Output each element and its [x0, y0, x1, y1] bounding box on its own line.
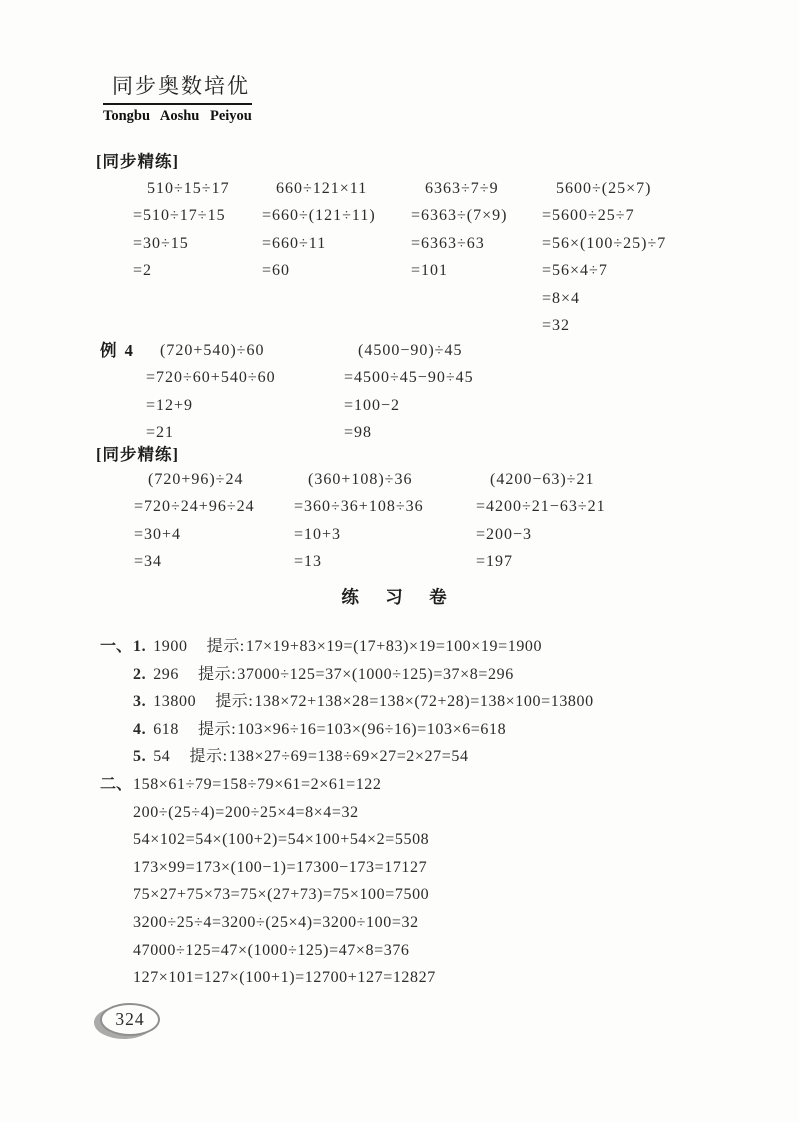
section2-solutions: (720+96)÷24 =720÷24+96÷24 =30+4 =34 (360… — [134, 466, 606, 576]
equation-line: 173×99=173×(100−1)=17300−173=17127 — [133, 859, 427, 876]
book-header: 同步奥数培优 Tongbu Aoshu Peiyou — [103, 70, 252, 125]
math-line: =56×4÷7 — [542, 257, 666, 284]
math-line: (360+108)÷36 — [294, 466, 476, 493]
math-line: =34 — [134, 548, 294, 575]
item-number: 3. — [133, 693, 146, 710]
answer-item: 4.618提示:103×96÷16=103×(96÷16)=103×6=618 — [133, 716, 594, 744]
hint-equation: 103×96÷16=103×(96÷16)=103×6=618 — [237, 721, 506, 738]
math-column: (360+108)÷36 =360÷36+108÷36 =10+3 =13 — [294, 466, 476, 576]
answer-item: 127×101=127×(100+1)=12700+127=12827 — [133, 964, 594, 992]
math-line: =4500÷45−90÷45 — [344, 364, 474, 391]
math-column: 660÷121×11 =660÷(121÷11) =660÷11 =60 — [262, 175, 411, 339]
answer-item: 2.296提示:37000÷125=37×(1000÷125)=37×8=296 — [133, 661, 594, 689]
item-answer: 1900 — [153, 638, 187, 655]
math-line: =660÷11 — [262, 230, 411, 257]
math-column: (4500−90)÷45 =4500÷45−90÷45 =100−2 =98 — [344, 337, 474, 447]
book-title: 同步奥数培优 — [103, 70, 252, 105]
math-line: =360÷36+108÷36 — [294, 493, 476, 520]
answer-item: 75×27+75×73=75×(27+73)=75×100=7500 — [133, 881, 594, 909]
math-line: =13 — [294, 548, 476, 575]
hint-equation: 138×72+138×28=138×(72+28)=138×100=13800 — [254, 693, 593, 710]
equation-line: 200÷(25÷4)=200÷25×4=8×4=32 — [133, 804, 359, 821]
answer-key: 一、1.1900提示:17×19+83×19=(17+83)×19=100×19… — [100, 633, 594, 992]
section2-label: [同步精练] — [96, 441, 179, 465]
page-number: 324 — [115, 1009, 144, 1030]
math-line: 6363÷7÷9 — [411, 175, 542, 202]
hint-label: 提示: — [207, 638, 245, 655]
math-line: =8×4 — [542, 285, 666, 312]
part2-label: 二、 — [100, 771, 133, 799]
equation-line: 3200÷25÷4=3200÷(25×4)=3200÷100=32 — [133, 914, 419, 931]
math-line: =510÷17÷15 — [133, 202, 262, 229]
math-line: =56×(100÷25)÷7 — [542, 230, 666, 257]
math-column: 6363÷7÷9 =6363÷(7×9) =6363÷63 =101 — [411, 175, 542, 339]
answer-item: 3200÷25÷4=3200÷(25×4)=3200÷100=32 — [133, 909, 594, 937]
equation-line: 158×61÷79=158÷79×61=2×61=122 — [133, 776, 382, 793]
math-line: =60 — [262, 257, 411, 284]
math-line: 510÷15÷17 — [133, 175, 262, 202]
equation-line: 54×102=54×(100+2)=54×100+54×2=5508 — [133, 831, 429, 848]
hint-label: 提示: — [215, 693, 253, 710]
answer-item: 54×102=54×(100+2)=54×100+54×2=5508 — [133, 826, 594, 854]
book-title-pinyin: Tongbu Aoshu Peiyou — [103, 105, 252, 125]
answer-item: 173×99=173×(100−1)=17300−173=17127 — [133, 854, 594, 882]
math-line: (4200−63)÷21 — [476, 466, 606, 493]
workbook-page: 同步奥数培优 Tongbu Aoshu Peiyou [同步精练] 510÷15… — [0, 0, 799, 1122]
math-line: =720÷24+96÷24 — [134, 493, 294, 520]
section1-label: [同步精练] — [96, 148, 179, 172]
item-answer: 13800 — [153, 693, 196, 710]
math-line: (720+540)÷60 — [146, 337, 344, 364]
math-line: =12+9 — [146, 392, 344, 419]
equation-line: 47000÷125=47×(1000÷125)=47×8=376 — [133, 942, 410, 959]
hint-label: 提示: — [198, 666, 236, 683]
math-line: =98 — [344, 419, 474, 446]
item-number: 2. — [133, 666, 146, 683]
hint-label: 提示: — [198, 721, 236, 738]
math-line: =5600÷25÷7 — [542, 202, 666, 229]
math-line: 660÷121×11 — [262, 175, 411, 202]
example4-label: 例 4 — [100, 337, 135, 361]
answer-item: 200÷(25÷4)=200÷25×4=8×4=32 — [133, 799, 594, 827]
math-line: =30÷15 — [133, 230, 262, 257]
practice-test-heading: 练 习 卷 — [0, 584, 799, 609]
answer-item: 一、1.1900提示:17×19+83×19=(17+83)×19=100×19… — [100, 633, 594, 661]
page-number-badge: 324 — [100, 1003, 160, 1036]
answer-item: 3.13800提示:138×72+138×28=138×(72+28)=138×… — [133, 688, 594, 716]
math-line: =6363÷(7×9) — [411, 202, 542, 229]
math-column: (720+540)÷60 =720÷60+540÷60 =12+9 =21 — [146, 337, 344, 447]
equation-line: 75×27+75×73=75×(27+73)=75×100=7500 — [133, 886, 429, 903]
math-line: =6363÷63 — [411, 230, 542, 257]
math-line: =30+4 — [134, 521, 294, 548]
math-line: =720÷60+540÷60 — [146, 364, 344, 391]
hint-equation: 37000÷125=37×(1000÷125)=37×8=296 — [237, 666, 514, 683]
hint-label: 提示: — [189, 748, 227, 765]
math-line: (720+96)÷24 — [134, 466, 294, 493]
item-answer: 618 — [153, 721, 179, 738]
math-line: =2 — [133, 257, 262, 284]
item-number: 1. — [133, 638, 146, 655]
section1-solutions: 510÷15÷17 =510÷17÷15 =30÷15 =2 660÷121×1… — [133, 175, 666, 339]
answer-item: 二、158×61÷79=158÷79×61=2×61=122 — [100, 771, 594, 799]
item-answer: 296 — [153, 666, 179, 683]
math-column: 5600÷(25×7) =5600÷25÷7 =56×(100÷25)÷7 =5… — [542, 175, 666, 339]
math-line: (4500−90)÷45 — [344, 337, 474, 364]
example4-solutions: (720+540)÷60 =720÷60+540÷60 =12+9 =21 (4… — [146, 337, 474, 447]
part1-label: 一、 — [100, 633, 133, 661]
math-line: 5600÷(25×7) — [542, 175, 666, 202]
math-column: 510÷15÷17 =510÷17÷15 =30÷15 =2 — [133, 175, 262, 339]
item-number: 4. — [133, 721, 146, 738]
answer-item: 47000÷125=47×(1000÷125)=47×8=376 — [133, 937, 594, 965]
math-line: =660÷(121÷11) — [262, 202, 411, 229]
math-line: =200−3 — [476, 521, 606, 548]
item-number: 5. — [133, 748, 146, 765]
math-line: =100−2 — [344, 392, 474, 419]
item-answer: 54 — [153, 748, 170, 765]
hint-equation: 17×19+83×19=(17+83)×19=100×19=1900 — [246, 638, 542, 655]
answer-item: 5.54提示:138×27÷69=138÷69×27=2×27=54 — [133, 743, 594, 771]
math-column: (720+96)÷24 =720÷24+96÷24 =30+4 =34 — [134, 466, 294, 576]
math-line: =32 — [542, 312, 666, 339]
math-line: =197 — [476, 548, 606, 575]
equation-line: 127×101=127×(100+1)=12700+127=12827 — [133, 969, 436, 986]
math-line: =4200÷21−63÷21 — [476, 493, 606, 520]
math-column: (4200−63)÷21 =4200÷21−63÷21 =200−3 =197 — [476, 466, 606, 576]
hint-equation: 138×27÷69=138÷69×27=2×27=54 — [229, 748, 469, 765]
math-line: =101 — [411, 257, 542, 284]
math-line: =10+3 — [294, 521, 476, 548]
